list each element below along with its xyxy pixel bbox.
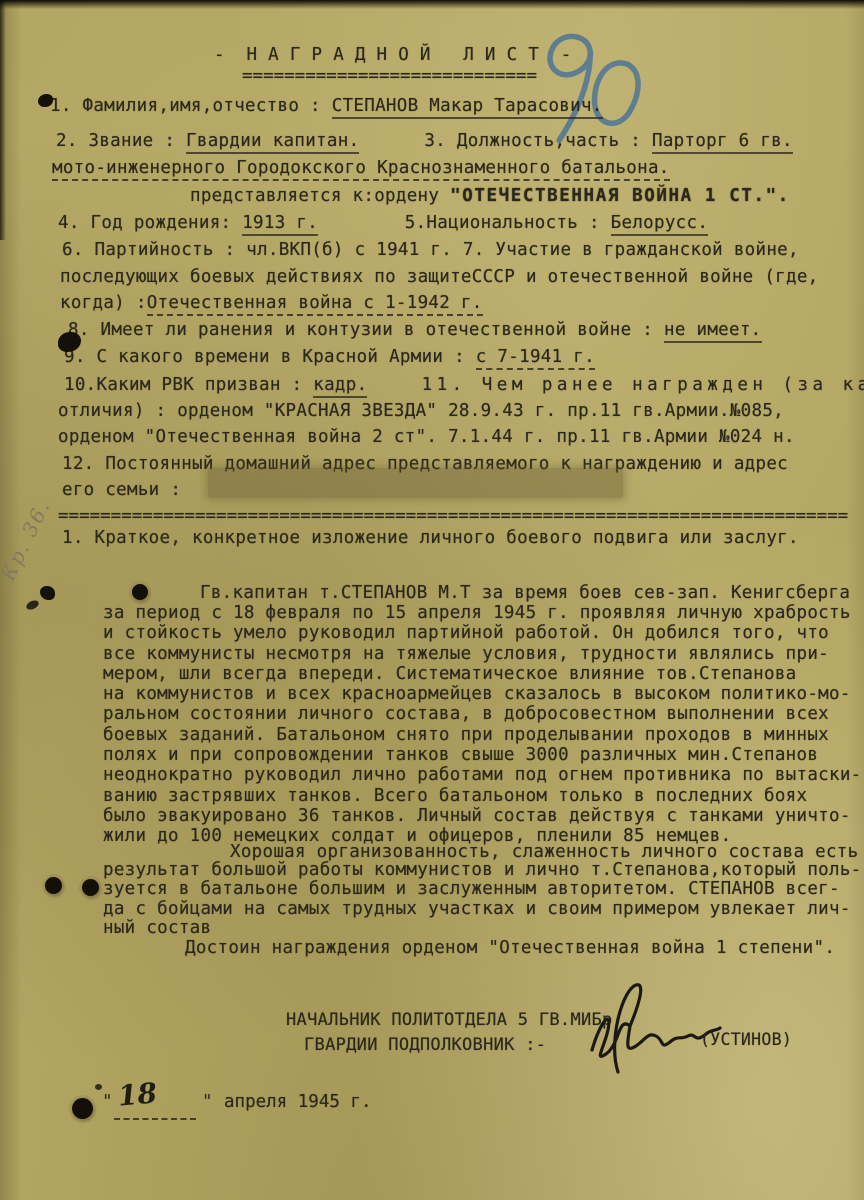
text-segment: 1913 г. (242, 213, 318, 236)
text-line: боевых заданий. Батальоном снято при про… (103, 725, 862, 745)
date-underline (114, 1118, 196, 1120)
text-line: полях и при сопровождении танков свыше 3… (103, 745, 862, 765)
citation-paragraph2-first-line: Хорошая организованность, слаженность ли… (230, 842, 858, 862)
text-segment: 9. С какого времени в Красной Армии : (64, 347, 476, 367)
date-month-year: апреля 1945 г. (224, 1092, 372, 1112)
text-segment: "ОТЕЧЕСТВЕННАЯ ВОЙНА 1 СТ.". (450, 186, 790, 206)
form-line-patriotic-war-order: орденом "Отечественная война 2 ст". 7.1.… (58, 427, 795, 447)
text-segment: 2. Звание : (56, 131, 186, 151)
document-title: - Н А Г Р А Д Н О Й Л И С Т - (214, 45, 572, 65)
section-divider: ========================================… (58, 506, 848, 526)
text-segment: последующих боевых действиях по защитеСС… (60, 267, 819, 287)
text-segment: Белорусс. (611, 213, 709, 236)
form-line-party: 6. Партийность : чл.ВКП(б) с 1941 г. 7. … (62, 240, 799, 260)
text-segment: 11. Чем ранее награжден (за какие (422, 375, 864, 395)
form-line-drafted-prior-awards: 10.Каким РВК призван : кадр. 11. Чем ран… (64, 375, 864, 395)
form-line-family: его семьи : (62, 480, 181, 500)
date-open-quote: " (102, 1092, 113, 1112)
form-line-red-star-order: отличия) : орденом "КРАСНАЯ ЗВЕЗДА" 28.9… (58, 401, 784, 421)
text-segment: представляется к:ордену (190, 186, 450, 206)
text-segment: 1. Фамилия,имя,отчество : (50, 96, 332, 116)
text-segment: 6. Партийность : чл.ВКП(б) с 1941 г. 7. … (62, 240, 799, 260)
text-segment: отличия) : орденом "КРАСНАЯ ЗВЕЗДА" 28.9… (58, 401, 784, 421)
text-segment: Отечественная война с 1-1942 г. (147, 293, 483, 316)
ink-signature-drawing (578, 980, 728, 1075)
form-line-wounds: 8. Имеет ли ранения и контузии в отечест… (68, 320, 762, 340)
form-line-rank-duty: 2. Звание : Гвардии капитан. 3. Должност… (56, 131, 793, 151)
text-segment: 8. Имеет ли ранения и контузии в отечест… (68, 320, 664, 340)
text-line: ральном состоянии личного состава, в доб… (103, 704, 862, 724)
form-line-army-since: 9. С какого времени в Красной Армии : с … (64, 347, 595, 367)
text-line: да с бойцами на самых трудных участках и… (103, 900, 862, 919)
punch-hole (72, 1098, 93, 1119)
punch-hole (132, 584, 148, 600)
form-line-birth-nationality: 4. Год рождения: 1913 г. 5.Национальност… (58, 213, 708, 233)
text-line: неоднократно руководил лично работами по… (103, 765, 862, 785)
text-segment: когда) : (60, 293, 147, 313)
text-segment: орденом "Отечественная война 2 ст". 7.1.… (58, 427, 795, 447)
text-segment: Гвардии капитан. (186, 131, 359, 154)
award-sheet-page: - Н А Г Р А Д Н О Й Л И С Т - ==========… (0, 0, 864, 1200)
text-segment: его семьи : (62, 480, 181, 500)
section-heading: 1. Краткое, конкретное изложение личного… (62, 528, 799, 548)
award-conclusion: Достоин награждения орденом "Отечественн… (185, 938, 835, 958)
text-line: все коммунисты несмотря на тяжелые услов… (103, 644, 862, 664)
text-segment: 10.Каким РВК призван : (64, 375, 313, 395)
title-underline: ============================ (242, 66, 542, 86)
text-segment: с 7-1941 г. (476, 347, 595, 370)
citation-paragraph2: результат большой работы коммунистов и л… (103, 861, 862, 939)
form-line-war-participation: последующих боевых действиях по защитеСС… (60, 267, 819, 287)
text-segment (367, 375, 421, 395)
punch-hole (45, 877, 62, 894)
text-line: результат большой работы коммунистов и л… (103, 861, 862, 880)
citation-paragraph1: за период с 18 февраля по 15 апреля 1945… (103, 603, 862, 847)
text-line: ванию застрявших танков. Всего батальоно… (103, 786, 862, 806)
text-line: на коммунистов и всех красноармейцев ска… (103, 684, 862, 704)
form-line-unit: мото-инженерного Городокского Краснознам… (52, 158, 670, 178)
text-segment: Парторг 6 гв. (652, 131, 793, 154)
handwritten-day: 18 (117, 1076, 159, 1112)
form-line-recommended-order: представляется к:ордену "ОТЕЧЕСТВЕННАЯ В… (190, 186, 790, 206)
text-line: зуется в батальоне большим и заслуженным… (103, 880, 862, 899)
pencil-margin-note: Кр. 36. (0, 496, 55, 585)
text-segment: СТЕПАНОВ Макар Тарасович. (332, 96, 603, 119)
text-segment (359, 131, 424, 151)
text-segment: мото-инженерного Городокского Краснознам… (52, 158, 670, 181)
date-close-quote: " (202, 1092, 213, 1112)
punch-hole (82, 879, 99, 896)
date-line: " 18 " апреля 1945 г. (102, 1086, 502, 1132)
form-line-war-since: когда) :Отечественная война с 1-1942 г. (60, 293, 483, 313)
text-line: и стойкость умело руководил партийной ра… (103, 623, 862, 643)
form-line-name: 1. Фамилия,имя,отчество : СТЕПАНОВ Макар… (50, 96, 603, 116)
small-mark (25, 599, 40, 612)
text-line: было эвакуировано 36 танков. Личный сост… (103, 806, 862, 826)
text-line: мером, шли всегда впереди. Систематическ… (103, 664, 862, 684)
small-speck (95, 1084, 102, 1090)
redacted-address-block (208, 468, 623, 498)
text-segment: кадр. (313, 375, 367, 398)
citation-paragraph1-first-line: Гв.капитан т.СТЕПАНОВ М.Т за время боев … (200, 583, 850, 603)
text-segment (318, 213, 405, 233)
scan-left-edge (0, 0, 6, 240)
ink-blot (40, 586, 55, 600)
signature-title-line2: ГВАРДИИ ПОДПОЛКОВНИК :- (304, 1035, 546, 1055)
text-line: за период с 18 февраля по 15 апреля 1945… (103, 603, 862, 623)
text-segment: не имеет. (664, 320, 762, 343)
text-segment: 5.Национальность : (405, 213, 611, 233)
signatory-name: (УСТИНОВ) (700, 1030, 792, 1049)
text-line: ный состав (103, 919, 862, 938)
text-segment: 4. Год рождения: (58, 213, 242, 233)
text-segment: 3. Должность,часть : (424, 131, 652, 151)
signature-title-line1: НАЧАЛЬНИК ПОЛИТОТДЕЛА 5 ГВ.МИБр (286, 1010, 613, 1030)
scan-top-edge (0, 0, 864, 9)
